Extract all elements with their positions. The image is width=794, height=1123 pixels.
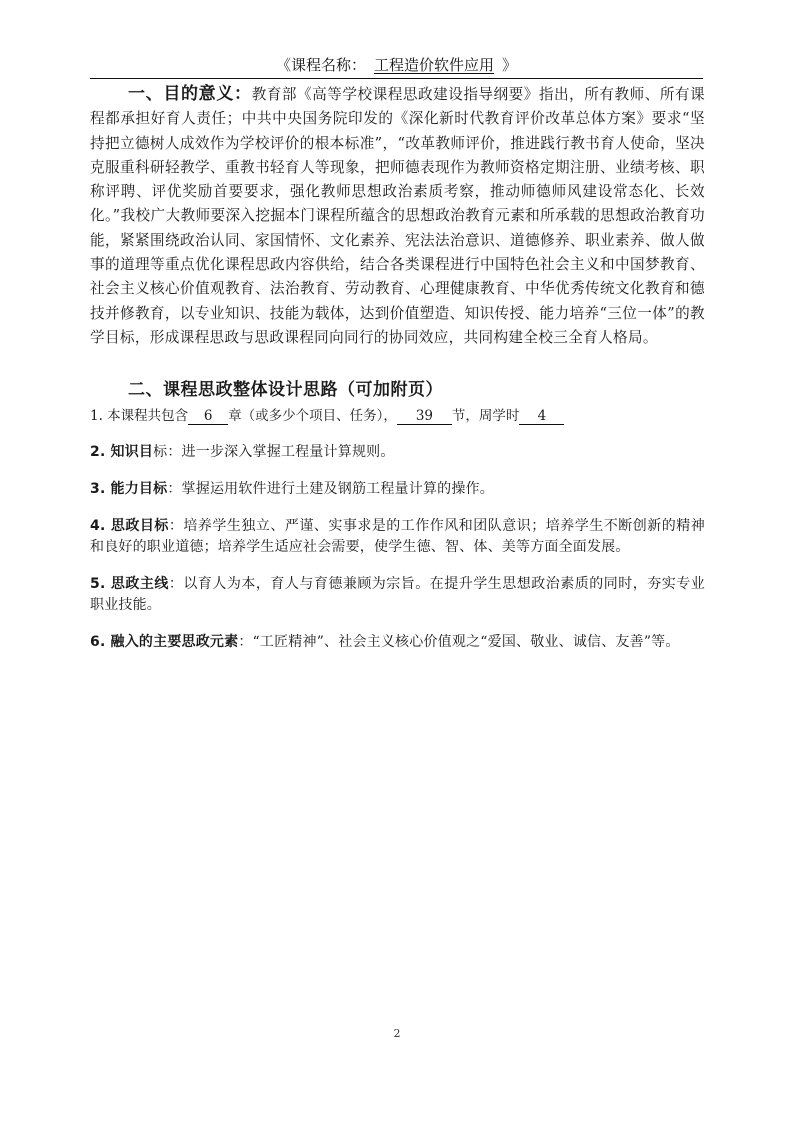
page-number: 2 — [0, 1027, 794, 1040]
item-ideology-goal: 4. 思政目标：培养学生独立、严谨、实事求是的工作作风和团队意识；培养学生不断创… — [90, 516, 705, 558]
header-divider — [90, 78, 703, 79]
item-ideology-elements: 6. 融入的主要思政元素：“工匠精神”、社会主义核心价值观之“爱国、敬业、诚信、… — [90, 632, 705, 653]
sections-suffix: 节，周学时 — [452, 408, 520, 424]
course-name: 工程造价软件应用 — [366, 56, 502, 74]
item-label-suffix: ： — [238, 634, 252, 650]
section-design-title: 二、课程思政整体设计思路（可加附页） — [90, 378, 705, 402]
item-text: 培养学生独立、严谨、实事求是的工作作风和团队意识；培养学生不断创新的精神和良好的… — [90, 518, 705, 555]
item-label: 4. 思政目标 — [90, 518, 169, 534]
item-label-suffix: ： — [167, 481, 181, 497]
item-knowledge-goal: 2. 知识目标：进一步深入掌握工程量计算规则。 — [90, 442, 705, 463]
item-text: “工匠精神”、社会主义核心价值观之“爱国、敬业、诚信、友善”等。 — [253, 634, 680, 650]
item-ability-goal: 3. 能力目标：掌握运用软件进行土建及钢筋工程量计算的操作。 — [90, 479, 705, 500]
item-label-suffix: ： — [169, 576, 184, 592]
sections-count-field: 39 — [397, 408, 452, 425]
document-body: 一、目的意义：教育部《高等学校课程思政建设指导纲要》指出，所有教师、所有课程都承… — [90, 82, 705, 653]
item-label-suffix: ： — [169, 518, 184, 534]
course-stats-line: 1. 本课程共包含6章（或多少个项目、任务），39节，周学时4 — [90, 406, 705, 426]
item-label: 3. 能力目标 — [90, 481, 167, 497]
item-ideology-mainline: 5. 思政主线：以育人为本，育人与育德兼顾为宗旨。在提升学生思想政治素质的同时，… — [90, 574, 705, 616]
weekly-hours-field: 4 — [519, 408, 564, 425]
section-purpose-text: 教育部《高等学校课程思政建设指导纲要》指出，所有教师、所有课程都承担好育人责任；… — [90, 86, 705, 346]
chapters-suffix: 章（或多少个项目、任务）， — [228, 408, 397, 424]
item-label: 6. 融入的主要思政元素 — [90, 634, 238, 650]
section-purpose: 一、目的意义：教育部《高等学校课程思政建设指导纲要》指出，所有教师、所有课程都承… — [90, 82, 705, 350]
section-purpose-heading: 一、目的意义： — [128, 84, 252, 104]
stats-prefix: 1. 本课程共包含 — [90, 408, 188, 424]
header-suffix: 》 — [502, 56, 517, 74]
item-label-suffix: 标： — [153, 444, 181, 460]
chapters-count-field: 6 — [188, 408, 228, 425]
item-text: 掌握运用软件进行土建及钢筋工程量计算的操作。 — [182, 481, 494, 497]
page-header: 《课程名称：工程造价软件应用》 — [90, 55, 703, 79]
item-text: 以育人为本，育人与育德兼顾为宗旨。在提升学生思想政治素质的同时，夯实专业职业技能… — [90, 576, 705, 613]
item-label: 2. 知识目 — [90, 444, 153, 460]
item-label: 5. 思政主线 — [90, 576, 169, 592]
item-text: 进一步深入掌握工程量计算规则。 — [182, 444, 395, 460]
header-prefix: 《课程名称： — [276, 56, 366, 74]
